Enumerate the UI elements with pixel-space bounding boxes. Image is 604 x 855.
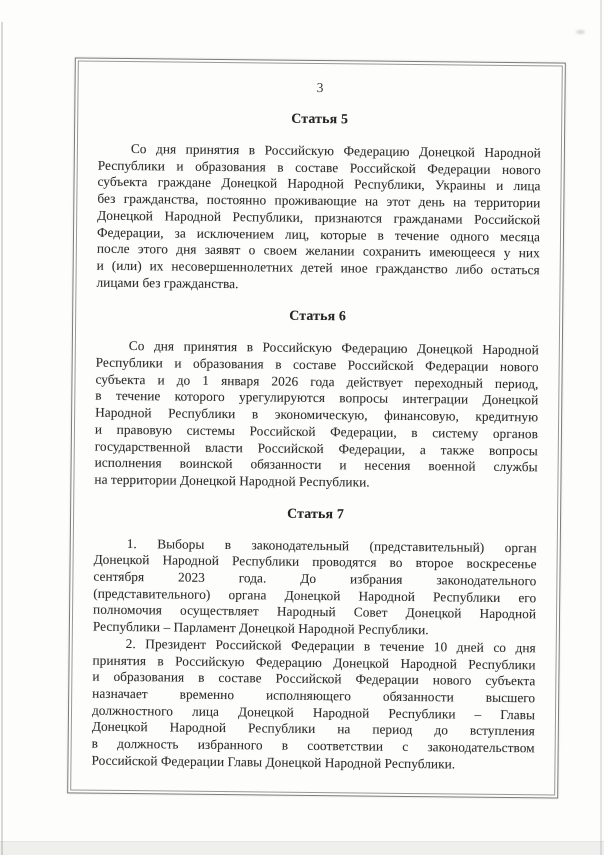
paragraph: Со дня принятия в Российскую Федерацию Д… [96, 141, 541, 296]
scan-edge-left [1, 22, 3, 855]
articles: Статья 5Со дня принятия в Российскую Фед… [91, 109, 541, 774]
article-title: Статья 6 [96, 306, 539, 327]
paragraph: Со дня принятия в Российскую Федерацию Д… [94, 338, 539, 493]
scan-speck [576, 30, 585, 34]
article-section: Статья 6Со дня принятия в Российскую Фед… [94, 306, 539, 493]
scan-edge-right [600, 0, 602, 855]
scan-bottom-band [0, 841, 604, 855]
page-frame: 3 Статья 5Со дня принятия в Российскую Ф… [67, 57, 566, 798]
article-title: Статья 7 [94, 503, 537, 524]
page-number: 3 [98, 78, 541, 99]
paragraph: 2. Президент Российской Федерации в тече… [91, 636, 535, 774]
article-section: Статья 71. Выборы в законодательный (пре… [91, 503, 537, 773]
page-frame-inner: 3 Статья 5Со дня принятия в Российскую Ф… [70, 60, 563, 795]
article-section: Статья 5Со дня принятия в Российскую Фед… [96, 109, 541, 296]
paragraph: 1. Выборы в законодательный (представите… [93, 535, 537, 640]
article-title: Статья 5 [98, 109, 541, 130]
